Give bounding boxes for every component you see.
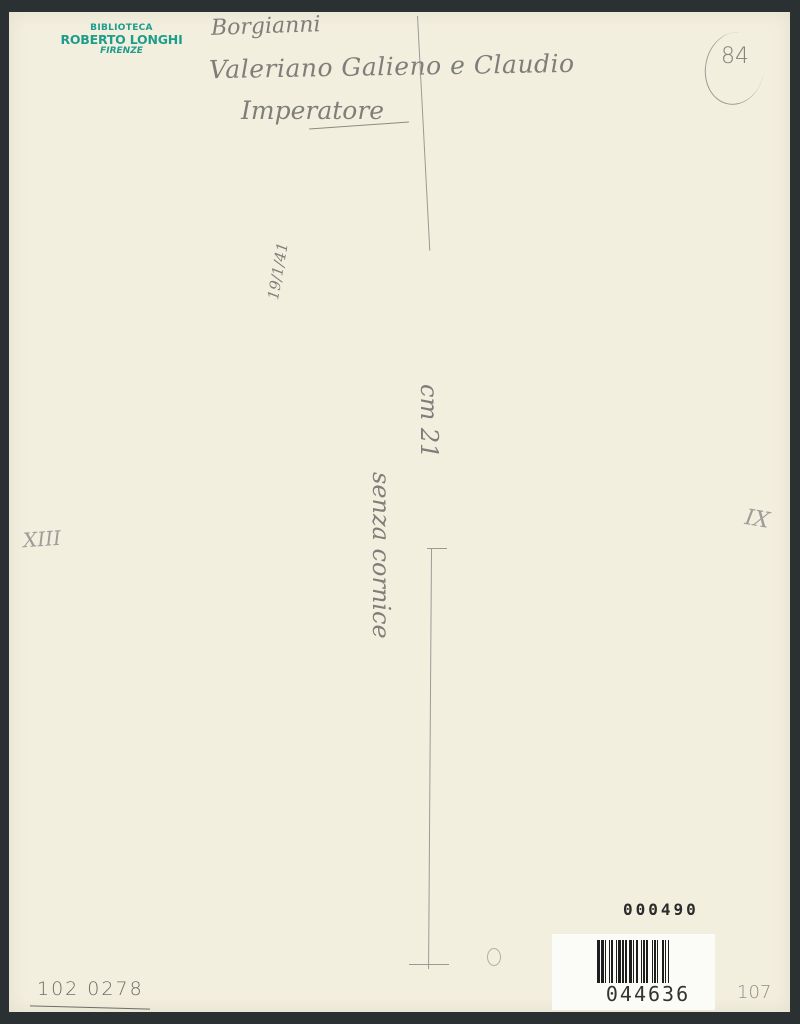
dimension-line — [428, 549, 432, 969]
subject-annotation-line2: Imperatore — [241, 96, 384, 125]
right-margin-mark: IX — [743, 505, 771, 534]
photo-mount-verso: BIBLIOTECA ROBERTO LONGHI FIRENZE Borgia… — [9, 12, 790, 1012]
bottom-right-number: 107 — [737, 982, 771, 1003]
circled-number: 84 — [721, 44, 749, 69]
stamp-line-firenze: FIRENZE — [49, 47, 194, 56]
dimension-annotation: cm 21 — [415, 384, 443, 458]
left-margin-mark: XIII — [22, 526, 62, 553]
date-fraction-note: 19/1/41 — [264, 241, 292, 301]
barcode-label: 044636 — [552, 934, 715, 1010]
barcode-bar — [669, 940, 672, 983]
barcode-number: 044636 — [584, 982, 712, 1006]
bottom-left-underline — [30, 1005, 150, 1010]
bottom-left-number: 102 0278 — [37, 978, 144, 1000]
artist-annotation: Borgianni — [211, 12, 321, 41]
inventory-number: 000490 — [623, 900, 699, 919]
stamp-line-roberto-longhi: ROBERTO LONGHI — [49, 33, 194, 46]
subject-annotation: Valeriano Galieno e Claudio — [209, 49, 575, 84]
dimension-foot — [409, 964, 449, 965]
library-stamp: BIBLIOTECA ROBERTO LONGHI FIRENZE — [49, 24, 194, 56]
pencil-circle-mark — [487, 948, 501, 966]
barcode-bars — [597, 940, 697, 983]
frame-note-annotation: senza cornice — [367, 472, 395, 639]
